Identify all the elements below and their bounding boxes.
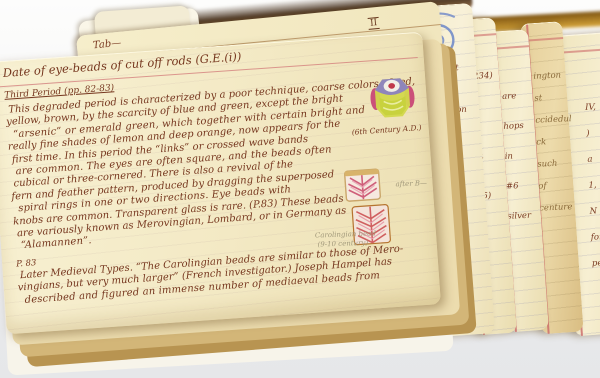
feather-bead-sketch-upper xyxy=(343,168,381,202)
card-text-fragment: 1, xyxy=(588,180,600,191)
card-text-fragment: such xyxy=(537,158,574,170)
card-text-fragment: IV, xyxy=(585,102,600,113)
card-text-fragment: ck xyxy=(536,136,573,148)
card-text-fragment: a xyxy=(587,154,600,165)
card-text-fragment: ) xyxy=(586,128,600,139)
eye-bead-sketch xyxy=(366,71,419,122)
card-text-fragment: of xyxy=(538,180,575,192)
card-text-fragment: N xyxy=(589,206,600,217)
front-index-card: Date of eye-beads of cut off rods (G.E.(… xyxy=(0,32,441,335)
card-text-fragment: st xyxy=(534,92,571,104)
card-text-fragment: silver xyxy=(507,211,531,222)
roman-numeral-ii: II xyxy=(368,17,380,30)
card-text-fragment: for xyxy=(591,232,600,243)
feather-bead-pencil-note: after B— xyxy=(395,179,427,188)
card-text-fragment: ington xyxy=(533,70,570,82)
card-text-fragment: in xyxy=(505,151,529,162)
index-card-stack-photo: IV, ) a 1, N for per ington st ccidedul … xyxy=(0,0,600,378)
card-text-fragment: are xyxy=(502,91,526,102)
tab-text-fragment: Tab— xyxy=(93,38,122,52)
card-text-fragment: centure xyxy=(539,202,576,214)
card-text-fragment: per xyxy=(592,258,600,269)
card-text-fragment: hops xyxy=(503,121,527,132)
card-text-fragment: #6 xyxy=(506,181,530,192)
card-text-fragment: ccidedul xyxy=(535,114,572,126)
